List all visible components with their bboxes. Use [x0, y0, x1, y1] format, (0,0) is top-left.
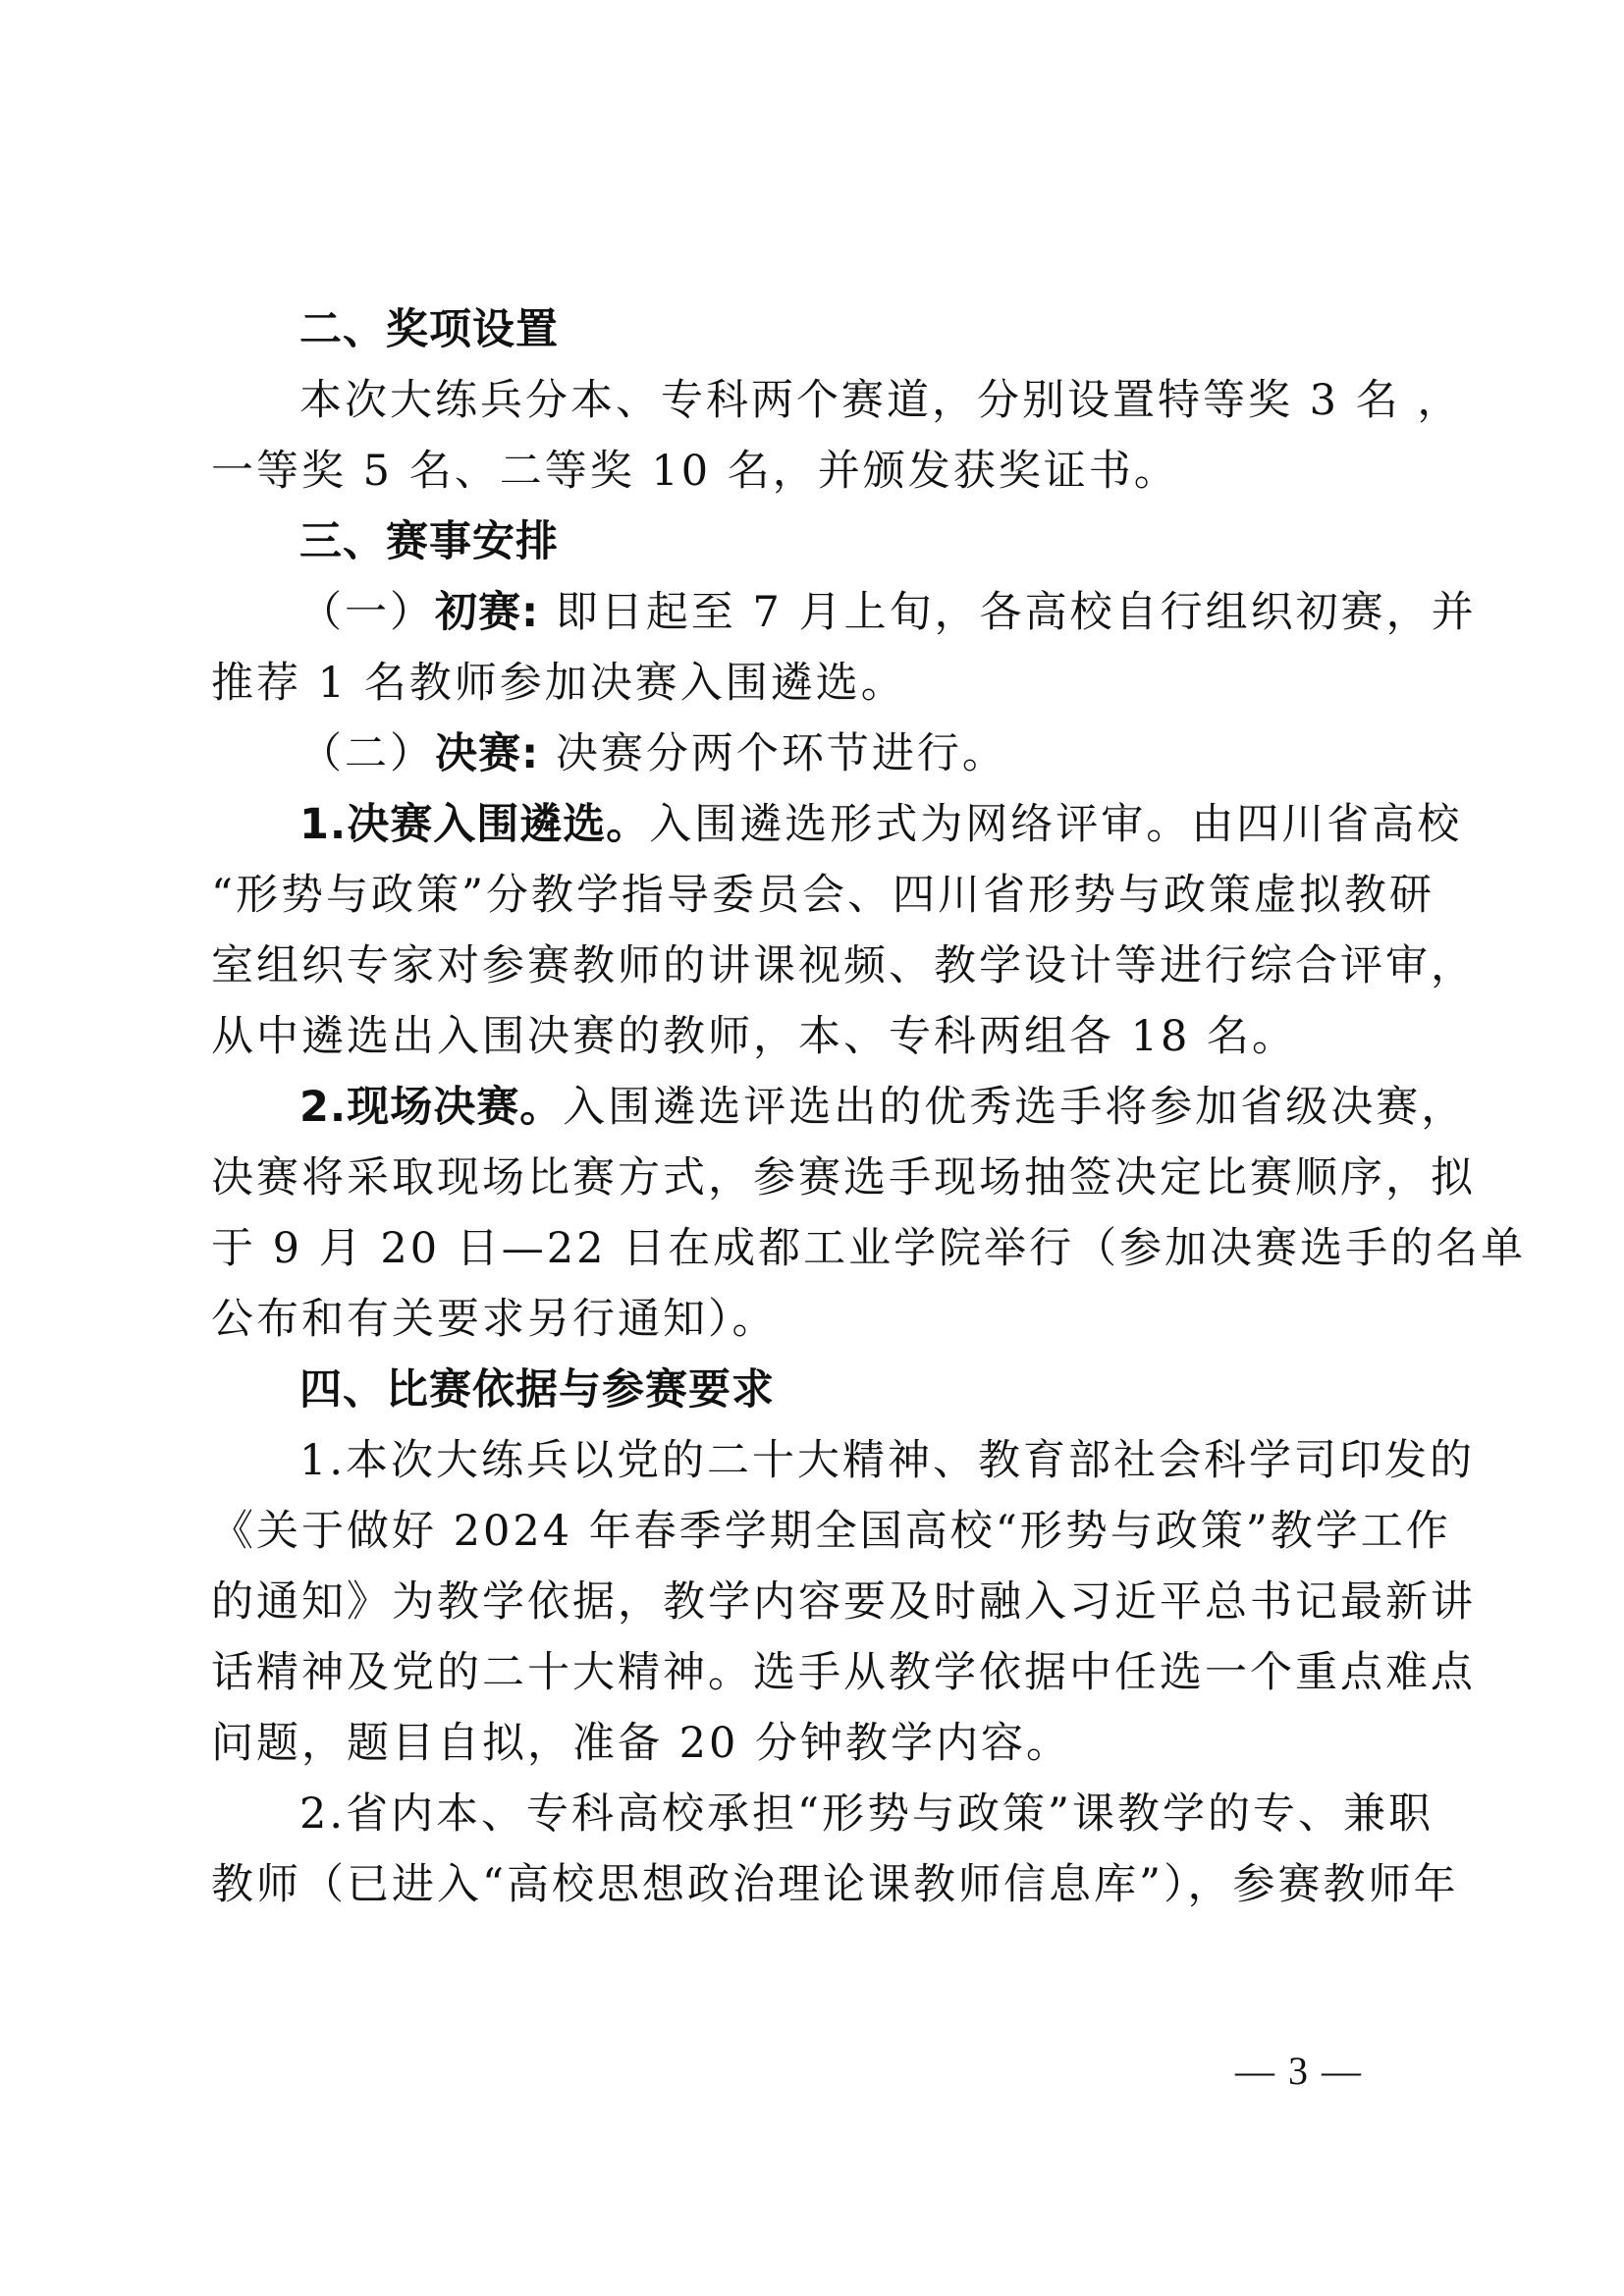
paragraph-line: 公布和有关要求另行通知）。 [211, 1284, 778, 1355]
paragraph-line: 话精神及党的二十大精神。选手从教学依据中任选一个重点难点 [211, 1637, 1384, 1708]
paragraph-line: 2.省内本、专科高校承担“形势与政策”课教学的专、兼职 [299, 1779, 1384, 1849]
paragraph-line: 室组织专家对参赛教师的讲课视频、教学设计等进行综合评审， [211, 931, 1384, 1001]
paragraph-line: 教师（已进入“高校思想政治理论课教师信息库”），参赛教师年 [211, 1849, 1384, 1920]
paragraph-text: 决赛分两个环节进行。 [539, 729, 1007, 778]
paragraph-final: （二）决赛: 决赛分两个环节进行。 [299, 719, 1007, 789]
paragraph-line: 本次大练兵分本、专科两个赛道，分别设置特等奖 3 名 ， [299, 365, 1384, 436]
paragraph-line: 于 9 月 20 日—22 日在成都工业学院举行（参加决赛选手的名单 [211, 1213, 1384, 1284]
paragraph-line: 从中遴选出入围决赛的教师，本、专科两组各 18 名。 [211, 1001, 1297, 1072]
paragraph-line: 问题，题目自拟，准备 20 分钟教学内容。 [211, 1708, 1071, 1779]
paragraph-line: 决赛将采取现场比赛方式，参赛选手现场抽签决定比赛顺序，拟 [211, 1143, 1384, 1213]
section-heading-schedule: 三、赛事安排 [299, 507, 559, 577]
paragraph-line: 推荐 1 名教师参加决赛入围遴选。 [211, 648, 906, 719]
paragraph-preliminary: （一）初赛: 即日起至 7 月上旬，各高校自行组织初赛，并 [299, 577, 1477, 648]
bold-label: 1.决赛入围遴选。 [299, 800, 649, 849]
paragraph-line: 的通知》为教学依据，教学内容要及时融入习近平总书记最新讲 [211, 1567, 1384, 1637]
paragraph-final-selection: 1.决赛入围遴选。入围遴选形式为网络评审。由四川省高校 [299, 789, 1462, 860]
paragraph-line: 一等奖 5 名、二等奖 10 名，并颁发获奖证书。 [211, 436, 1179, 507]
bold-label: 2.现场决赛。 [299, 1083, 563, 1132]
paragraph-prefix: （二） [299, 729, 435, 778]
paragraph-text: 入围遴选评选出的优秀选手将参加省级决赛， [563, 1083, 1466, 1132]
paragraph-line: 《关于做好 2024 年春季学期全国高校“形势与政策”教学工作 [211, 1496, 1384, 1567]
page-number: — 3 — [1235, 2042, 1363, 2101]
bold-label: 初赛: [435, 588, 539, 637]
section-heading-awards: 二、奖项设置 [299, 294, 559, 365]
section-heading-requirements: 四、比赛依据与参赛要求 [299, 1355, 775, 1425]
paragraph-onsite-final: 2.现场决赛。入围遴选评选出的优秀选手将参加省级决赛， [299, 1072, 1466, 1143]
paragraph-text: 入围遴选形式为网络评审。由四川省高校 [649, 800, 1462, 849]
paragraph-prefix: （一） [299, 588, 435, 637]
paragraph-line: 1.本次大练兵以党的二十大精神、教育部社会科学司印发的 [299, 1425, 1384, 1496]
bold-label: 决赛: [435, 729, 539, 778]
paragraph-line: “形势与政策”分教学指导委员会、四川省形势与政策虚拟教研 [211, 860, 1384, 931]
paragraph-text: 即日起至 7 月上旬，各高校自行组织初赛，并 [539, 588, 1476, 637]
